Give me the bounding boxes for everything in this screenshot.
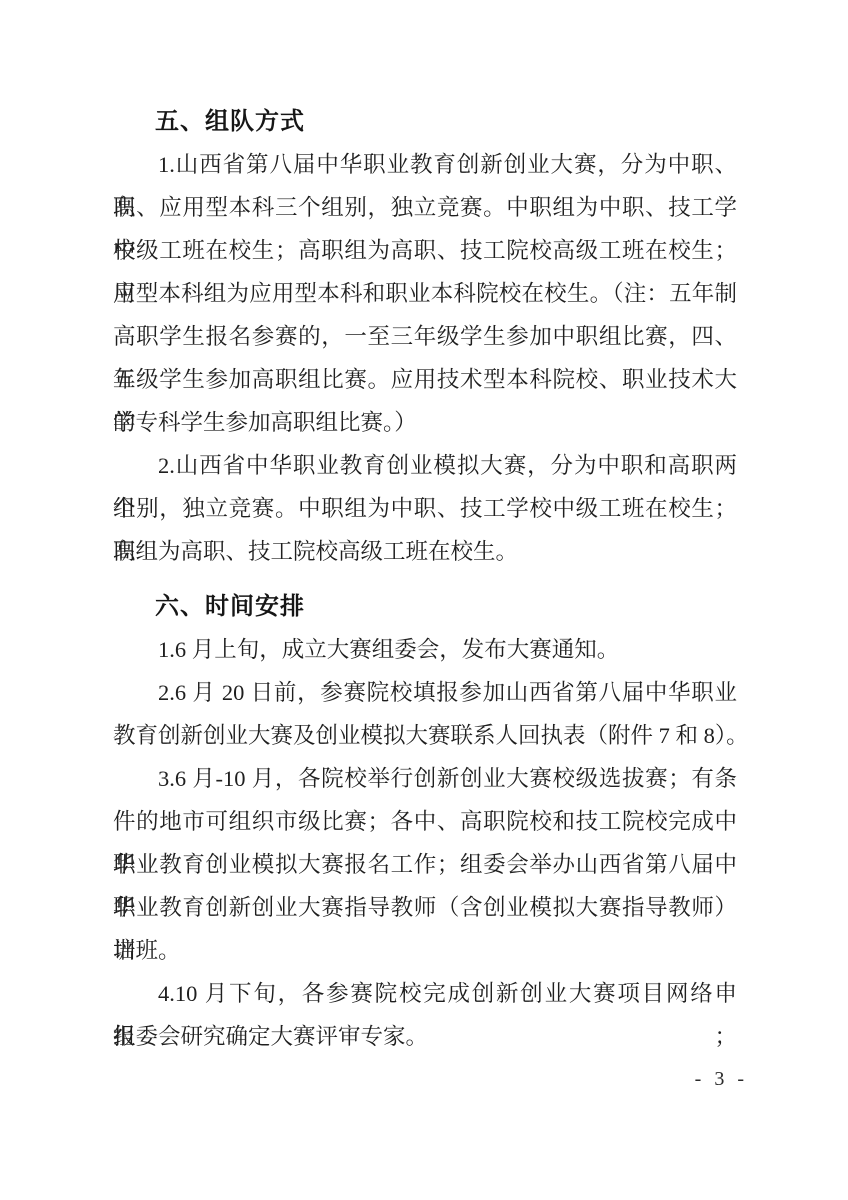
text-line: 2.山西省中华职业教育创业模拟大赛，分为中职和高职两个	[113, 444, 737, 487]
paragraph: 2.山西省中华职业教育创业模拟大赛，分为中职和高职两个 组别，独立竞赛。中职组为…	[113, 444, 737, 573]
text-line: 年级学生参加高职组比赛。应用技术型本科院校、职业技术大学	[113, 358, 737, 401]
paragraph: 4.10 月下旬，各参赛院校完成创新创业大赛项目网络申报； 组委会研究确定大赛评…	[113, 972, 737, 1058]
section-heading-5: 五、组队方式	[113, 100, 737, 143]
text-line: 职业教育创新创业大赛指导教师（含创业模拟大赛指导教师）培	[113, 886, 737, 929]
text-line: 件的地市可组织市级比赛；各中、高职院校和技工院校完成中华	[113, 800, 737, 843]
paragraph: 3.6 月-10 月，各院校举行创新创业大赛校级选拔赛；有条 件的地市可组织市级…	[113, 757, 737, 972]
text-line: 训班。	[113, 929, 737, 972]
paragraph: 2.6 月 20 日前，参赛院校填报参加山西省第八届中华职业 教育创新创业大赛及…	[113, 671, 737, 757]
text-line: 职业教育创业模拟大赛报名工作；组委会举办山西省第八届中华	[113, 843, 737, 886]
paragraph: 1.6 月上旬，成立大赛组委会，发布大赛通知。	[113, 628, 737, 671]
text-line: 1.6 月上旬，成立大赛组委会，发布大赛通知。	[113, 628, 737, 671]
page-number: - 3 -	[695, 1068, 748, 1091]
text-line: 1.山西省第八届中华职业教育创新创业大赛，分为中职、高	[113, 143, 737, 186]
document-page: 五、组队方式 1.山西省第八届中华职业教育创新创业大赛，分为中职、高 职、应用型…	[0, 0, 848, 1200]
text-line: 中级工班在校生；高职组为高职、技工院校高级工班在校生；应	[113, 229, 737, 272]
text-line: 教育创新创业大赛及创业模拟大赛联系人回执表（附件 7 和 8）。	[113, 714, 737, 757]
text-line: 组别，独立竞赛。中职组为中职、技工学校中级工班在校生；高	[113, 487, 737, 530]
text-line: 职、应用型本科三个组别，独立竞赛。中职组为中职、技工学校	[113, 186, 737, 229]
text-line: 3.6 月-10 月，各院校举行创新创业大赛校级选拔赛；有条	[113, 757, 737, 800]
text-line: 2.6 月 20 日前，参赛院校填报参加山西省第八届中华职业	[113, 671, 737, 714]
text-line: 高职学生报名参赛的，一至三年级学生参加中职组比赛，四、五	[113, 315, 737, 358]
text-line: 职组为高职、技工院校高级工班在校生。	[113, 530, 737, 573]
text-line: 用型本科组为应用型本科和职业本科院校在校生。（注：五年制	[113, 272, 737, 315]
text-line: 4.10 月下旬，各参赛院校完成创新创业大赛项目网络申报；	[113, 972, 737, 1015]
text-line: 的专科学生参加高职组比赛。）	[113, 401, 737, 444]
section-heading-6: 六、时间安排	[113, 585, 737, 628]
paragraph: 1.山西省第八届中华职业教育创新创业大赛，分为中职、高 职、应用型本科三个组别，…	[113, 143, 737, 444]
